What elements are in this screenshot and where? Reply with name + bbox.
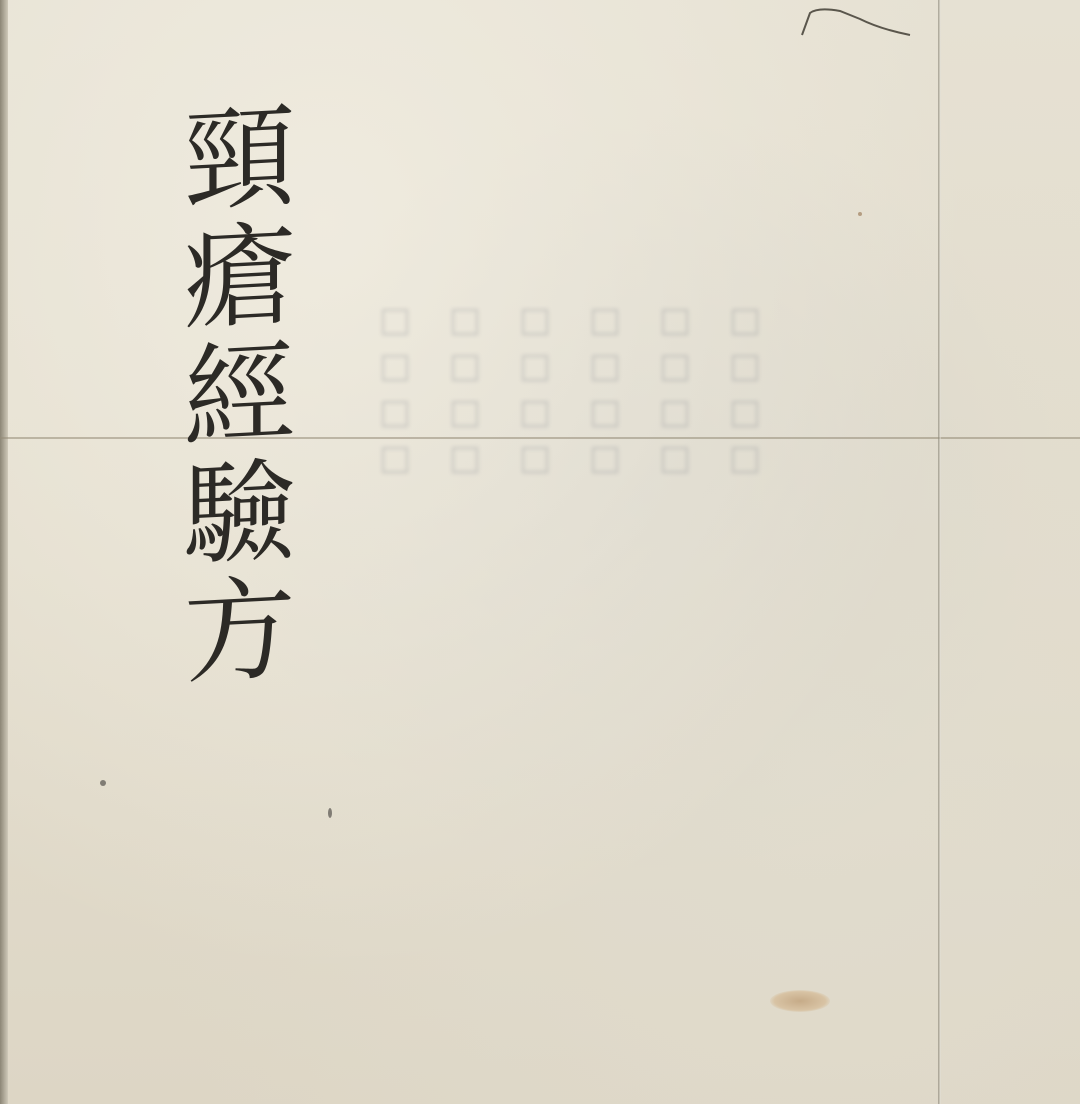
bleed-column: □□□□ — [655, 300, 695, 640]
stain-spot — [770, 990, 830, 1012]
bleed-column: □□□□ — [515, 300, 555, 640]
bleed-through-text: □□□□ □□□□ □□□□ □□□□ □□□□ □□□□ — [290, 300, 850, 640]
bleed-column: □□□□ — [725, 300, 765, 640]
vertical-fold-line — [938, 0, 941, 1104]
handwritten-title: 頸瘡經驗方 — [160, 96, 300, 693]
paper-crack — [800, 5, 930, 45]
paper-edge — [0, 0, 8, 1104]
ink-speck — [858, 212, 862, 216]
bleed-column: □□□□ — [375, 300, 415, 640]
ink-speck — [328, 808, 332, 818]
ink-speck — [100, 780, 106, 786]
document-page: □□□□ □□□□ □□□□ □□□□ □□□□ □□□□ 頸瘡經驗方 — [0, 0, 1080, 1104]
bleed-column: □□□□ — [445, 300, 485, 640]
bleed-column: □□□□ — [585, 300, 625, 640]
